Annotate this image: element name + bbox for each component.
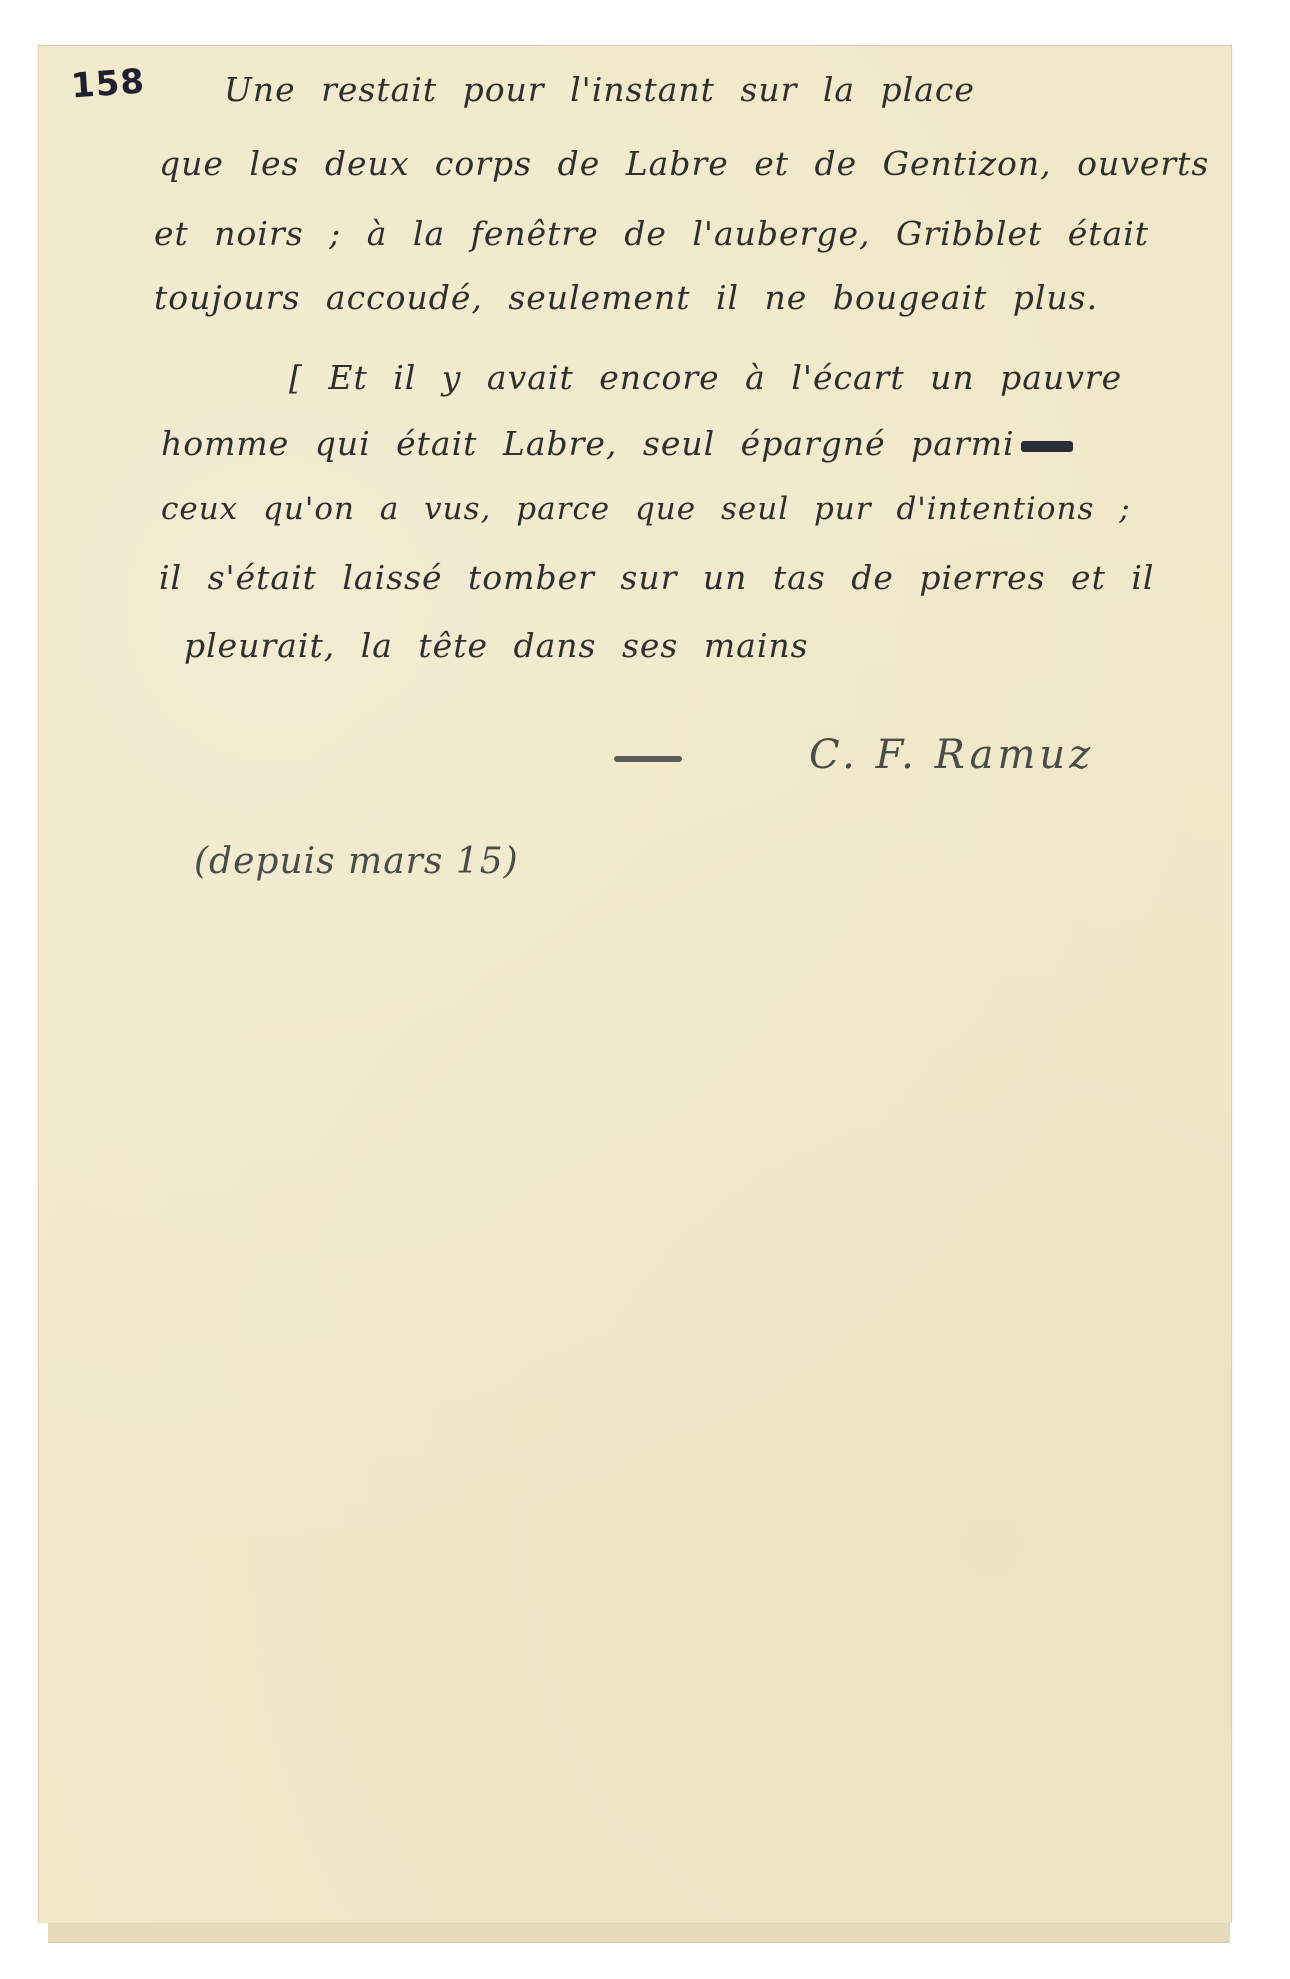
manuscript-line-6-text: homme qui était Labre, seul épargné parm…: [161, 424, 1015, 463]
manuscript-line-2: que les deux corps de Labre et de Gentiz…: [159, 144, 1209, 183]
manuscript-line-5: [ Et il y avait encore à l'écart un pauv…: [289, 358, 1122, 397]
manuscript-line-1: Une restait pour l'instant sur la place: [224, 70, 975, 109]
underlying-sheet-edge: [48, 1920, 1230, 1943]
date-annotation: (depuis mars 15): [194, 841, 519, 882]
manuscript-line-7: ceux qu'on a vus, parce que seul pur d'i…: [161, 491, 1131, 527]
manuscript-line-9: pleurait, la tête dans ses mains: [184, 626, 809, 665]
manuscript-line-4: toujours accoudé, seulement il ne bougea…: [154, 278, 1098, 317]
signature-dash: [614, 756, 682, 762]
manuscript-line-3: et noirs ; à la fenêtre de l'auberge, Gr…: [154, 214, 1149, 253]
author-signature: C. F. Ramuz: [809, 732, 1094, 778]
manuscript-page: 158 Une restait pour l'instant sur la pl…: [38, 45, 1232, 1923]
page-number: 158: [70, 61, 147, 106]
manuscript-line-6: homme qui était Labre, seul épargné parm…: [161, 424, 1073, 463]
ink-strikethrough: [1021, 441, 1073, 452]
manuscript-line-8: il s'était laissé tomber sur un tas de p…: [159, 558, 1154, 597]
